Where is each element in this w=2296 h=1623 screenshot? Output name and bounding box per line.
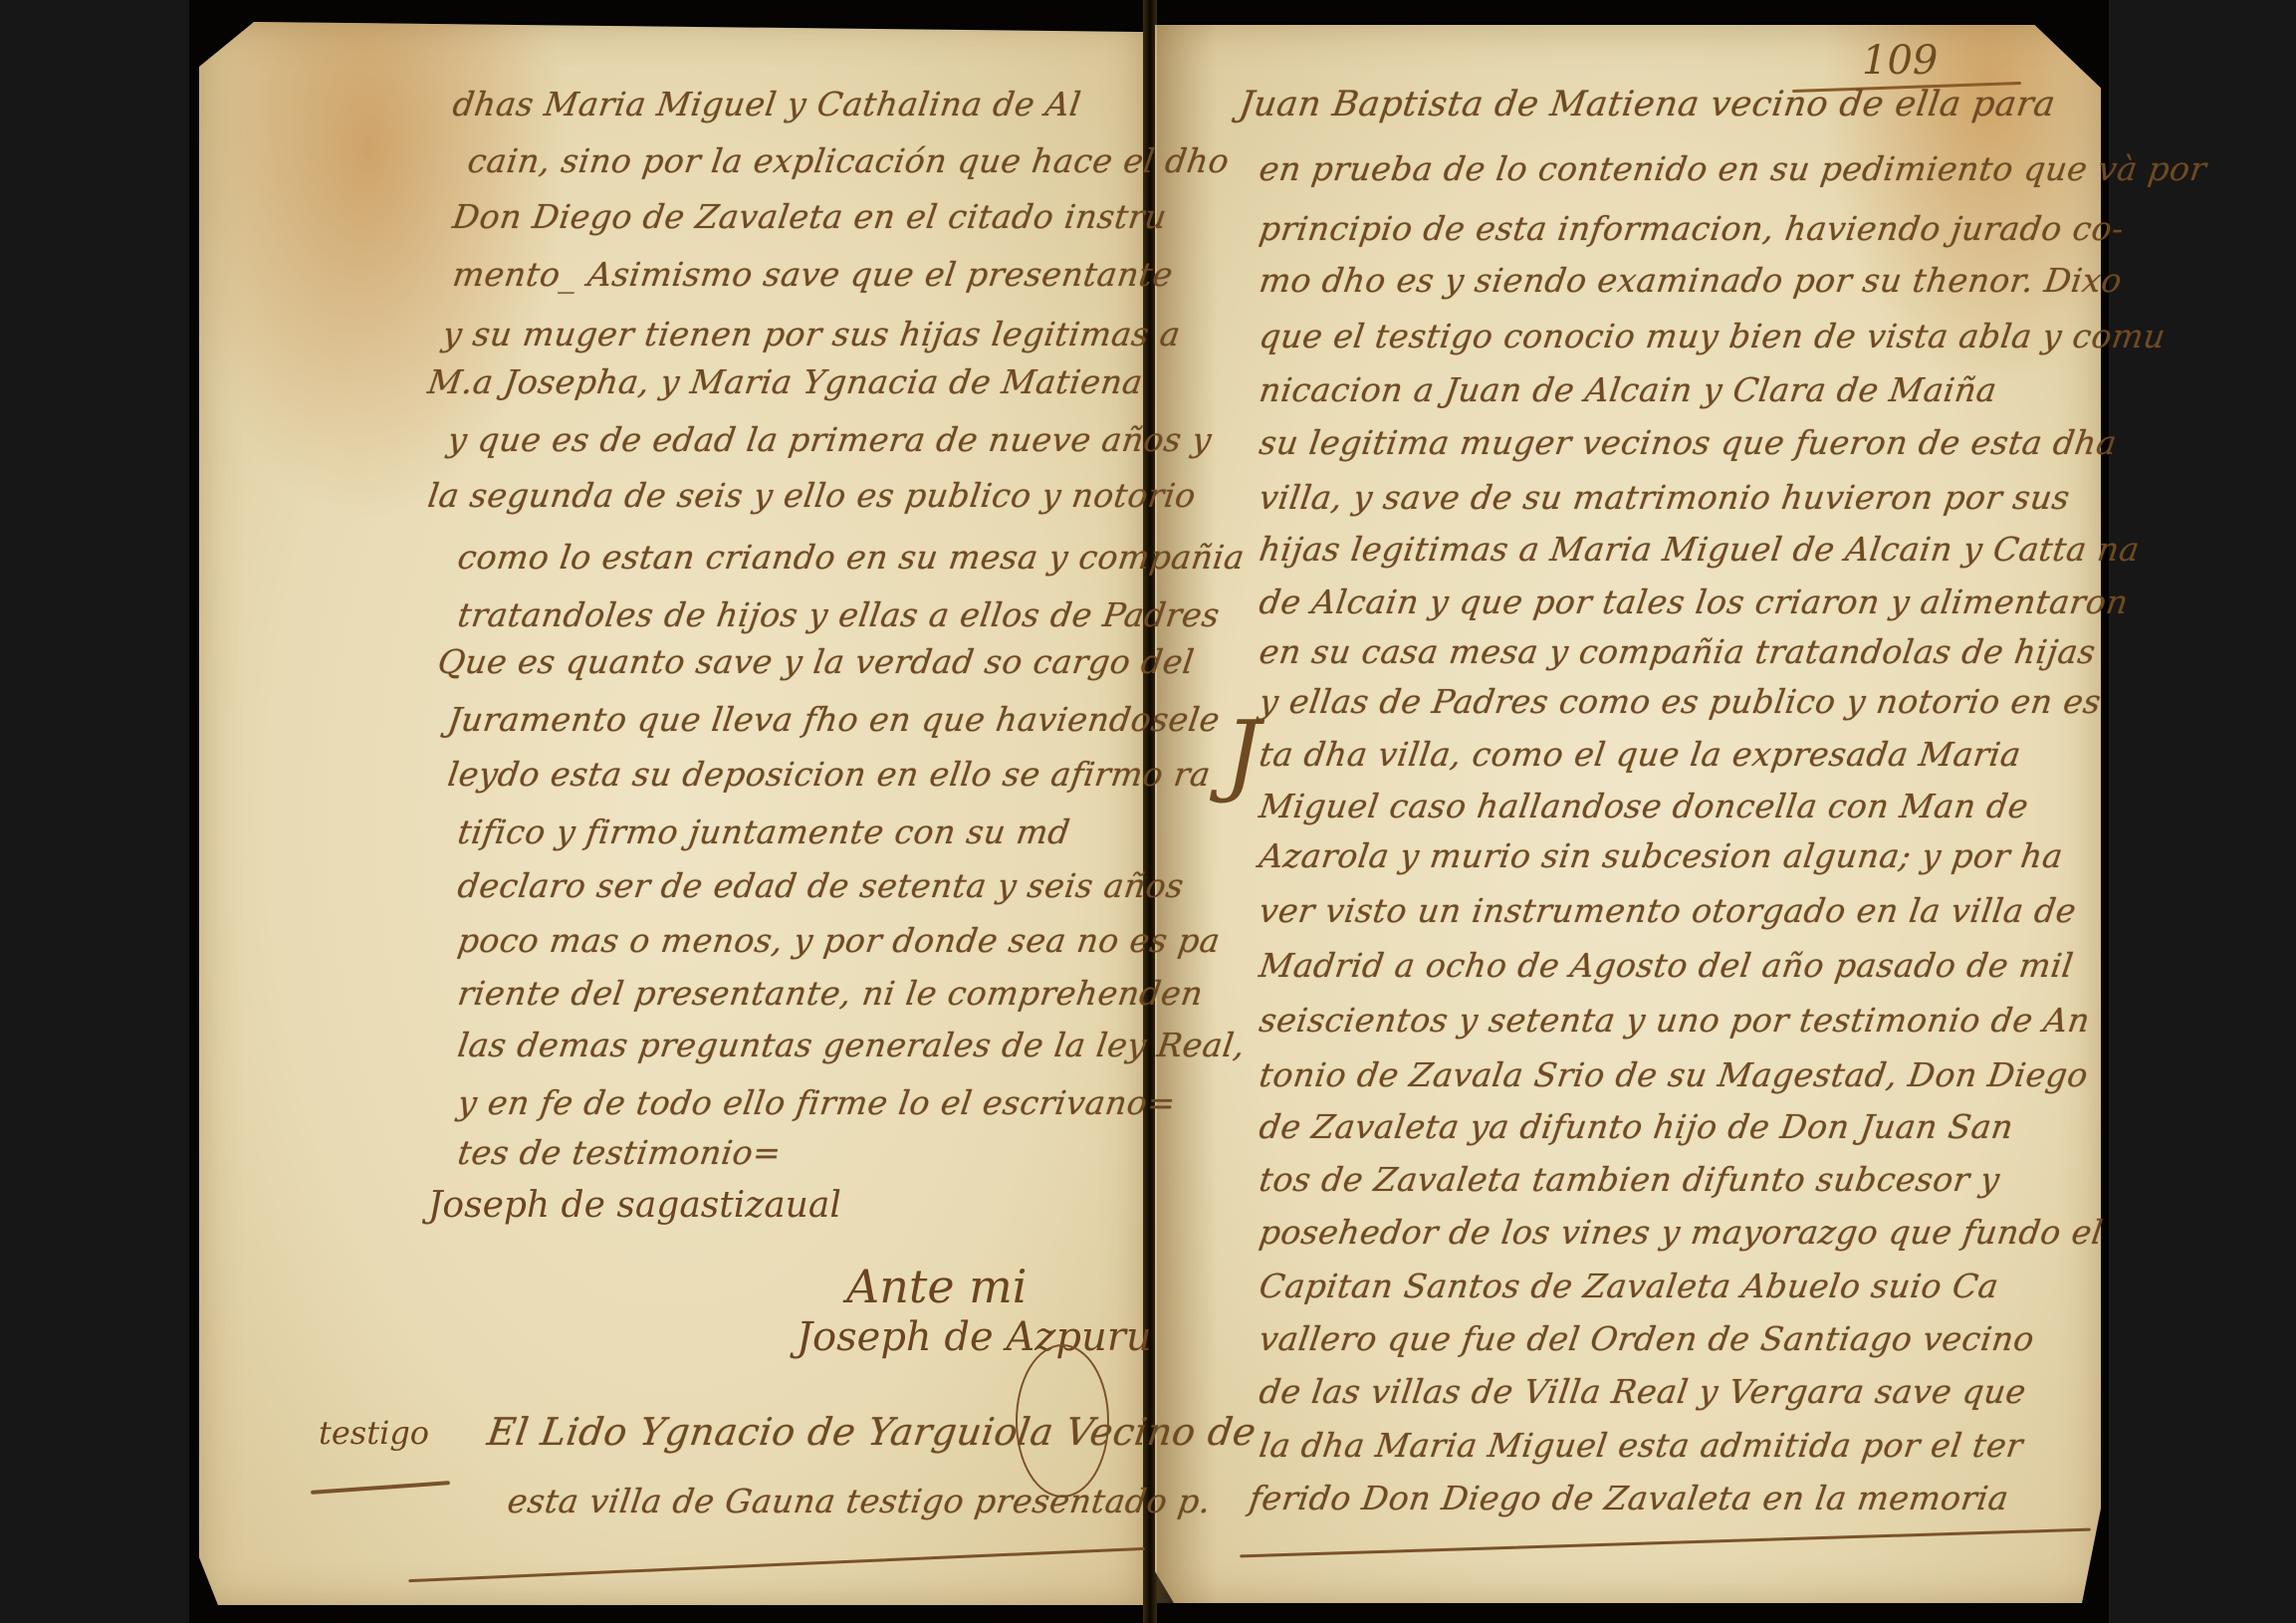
manuscript-line: mento_ Asimismo save que el presentante	[450, 255, 1175, 295]
manuscript-line: seiscientos y setenta y uno por testimon…	[1257, 1001, 2092, 1041]
manuscript-line: tes de testimonio=	[455, 1133, 784, 1173]
manuscript-line: tifico y firmo juntamente con su md	[455, 812, 1072, 852]
manuscript-line: tratandoles de hijos y ellas a ellos de …	[455, 595, 1222, 635]
manuscript-line: declaro ser de edad de setenta y seis añ…	[455, 866, 1186, 906]
manuscript-line: y su muger tienen por sus hijas legitima…	[440, 315, 1183, 354]
manuscript-line: ta dha villa, como el que la expresada M…	[1257, 735, 2023, 775]
manuscript-line: posehedor de los vines y mayorazgo que f…	[1257, 1213, 2106, 1253]
manuscript-line: de Alcain y que por tales los criaron y …	[1257, 582, 2131, 622]
manuscript-line: ver visto un instrumento otorgado en la …	[1257, 891, 2079, 931]
manuscript-line: El Lido Ygnacio de Yarguiola Vecino de	[485, 1412, 1259, 1452]
notary-signature: Joseph de Azpuru	[797, 1314, 1152, 1360]
manuscript-line: esta villa de Gauna testigo presentado p…	[505, 1482, 1214, 1521]
manuscript-line: Juan Baptista de Matiena vecino de ella …	[1237, 85, 2058, 124]
manuscript-line: leydo esta su deposicion en ello se afir…	[445, 755, 1213, 795]
viewer-background: 109 dhas Maria Miguel y Cathalina de Al …	[0, 0, 2296, 1623]
manuscript-line: de las villas de Villa Real y Vergara sa…	[1257, 1372, 2028, 1412]
manuscript-line: en su casa mesa y compañia tratandolas d…	[1257, 632, 2098, 672]
manuscript-line: ferido Don Diego de Zavaleta en la memor…	[1247, 1479, 2011, 1518]
book-gutter	[1143, 0, 1157, 1623]
manuscript-line: de Zavaleta ya difunto hijo de Don Juan …	[1257, 1107, 2016, 1147]
manuscript-line: Don Diego de Zavaleta en el citado instr…	[450, 197, 1169, 237]
manuscript-line: hijas legitimas a Maria Miguel de Alcain…	[1257, 530, 2142, 570]
manuscript-line: vallero que fue del Orden de Santiago ve…	[1257, 1319, 2036, 1359]
manuscript-line: y en fe de todo ello firme lo el escriva…	[455, 1083, 1178, 1123]
manuscript-line: las demas preguntas generales de la ley …	[455, 1026, 1248, 1065]
manuscript-line: y que es de edad la primera de nueve año…	[445, 420, 1214, 460]
manuscript-line: principio de esta informacion, haviendo …	[1257, 209, 2127, 249]
manuscript-line: la dha Maria Miguel esta admitida por el…	[1257, 1426, 2025, 1466]
manuscript-line: Capitan Santos de Zavaleta Abuelo suio C…	[1257, 1267, 2001, 1306]
manuscript-line: Que es quanto save y la verdad so cargo …	[435, 642, 1197, 682]
margin-note-testigo: testigo	[319, 1414, 429, 1452]
manuscript-line: la segunda de seis y ello es publico y n…	[425, 476, 1198, 516]
manuscript-line: M.a Josepha, y Maria Ygnacia de Matiena	[425, 362, 1145, 402]
manuscript-line: su legitima muger vecinos que fueron de …	[1257, 423, 2119, 463]
manuscript-line: tonio de Zavala Srio de su Magestad, Don…	[1257, 1055, 2091, 1095]
manuscript-line: Madrid a ocho de Agosto del año pasado d…	[1257, 946, 2076, 986]
manuscript-line: riente del presentante, ni le comprehend…	[455, 974, 1206, 1014]
folio-number: 109	[1862, 38, 1938, 84]
manuscript-line: dhas Maria Miguel y Cathalina de Al	[450, 85, 1083, 124]
witness-signature: Joseph de sagastizaual	[428, 1185, 841, 1226]
manuscript-line: villa, y save de su matrimonio huvieron …	[1257, 478, 2072, 518]
margin-flourish-mark: J	[1225, 702, 1261, 807]
manuscript-line: como lo estan criando en su mesa y compa…	[455, 538, 1247, 578]
manuscript-line: cain, sino por la explicación que hace e…	[465, 141, 1232, 181]
notary-rubric: Ante mi	[846, 1260, 1028, 1313]
manuscript-line: poco mas o menos, y por donde sea no es …	[455, 921, 1223, 961]
manuscript-line: y ellas de Padres como es publico y noto…	[1257, 682, 2104, 722]
manuscript-line: nicacion a Juan de Alcain y Clara de Mai…	[1257, 370, 1999, 410]
manuscript-line: tos de Zavaleta tambien difunto subcesor…	[1257, 1160, 2002, 1200]
manuscript-line: que el testigo conocio muy bien de vista…	[1257, 317, 2168, 356]
manuscript-line: mo dho es y siendo examinado por su then…	[1257, 261, 2125, 301]
manuscript-line: Azarola y murio sin subcesion alguna; y …	[1257, 836, 2065, 876]
manuscript-line: en prueba de lo contenido en su pedimien…	[1257, 149, 2209, 189]
manuscript-line: Miguel caso hallandose doncella con Man …	[1257, 787, 2031, 826]
manuscript-line: Juramento que lleva fho en que haviendos…	[445, 700, 1223, 740]
